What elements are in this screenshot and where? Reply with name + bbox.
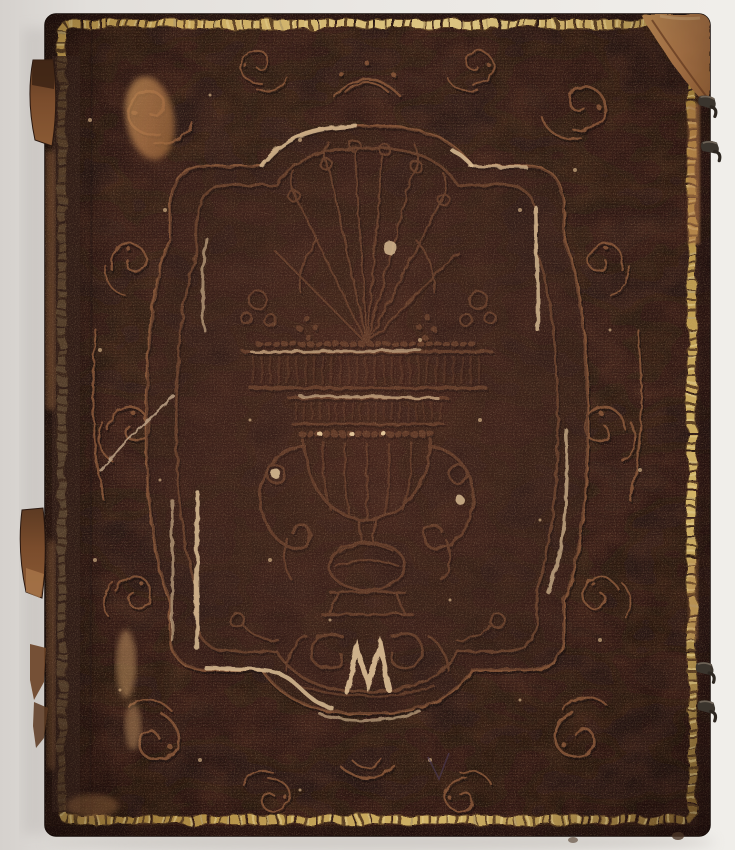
book-cover	[20, 14, 720, 843]
edge-nub-2	[568, 837, 578, 843]
vignette	[45, 14, 710, 836]
photo-of-antique-book-cover	[0, 0, 735, 850]
book-cover-photo	[0, 0, 735, 850]
edge-nub	[672, 832, 684, 840]
